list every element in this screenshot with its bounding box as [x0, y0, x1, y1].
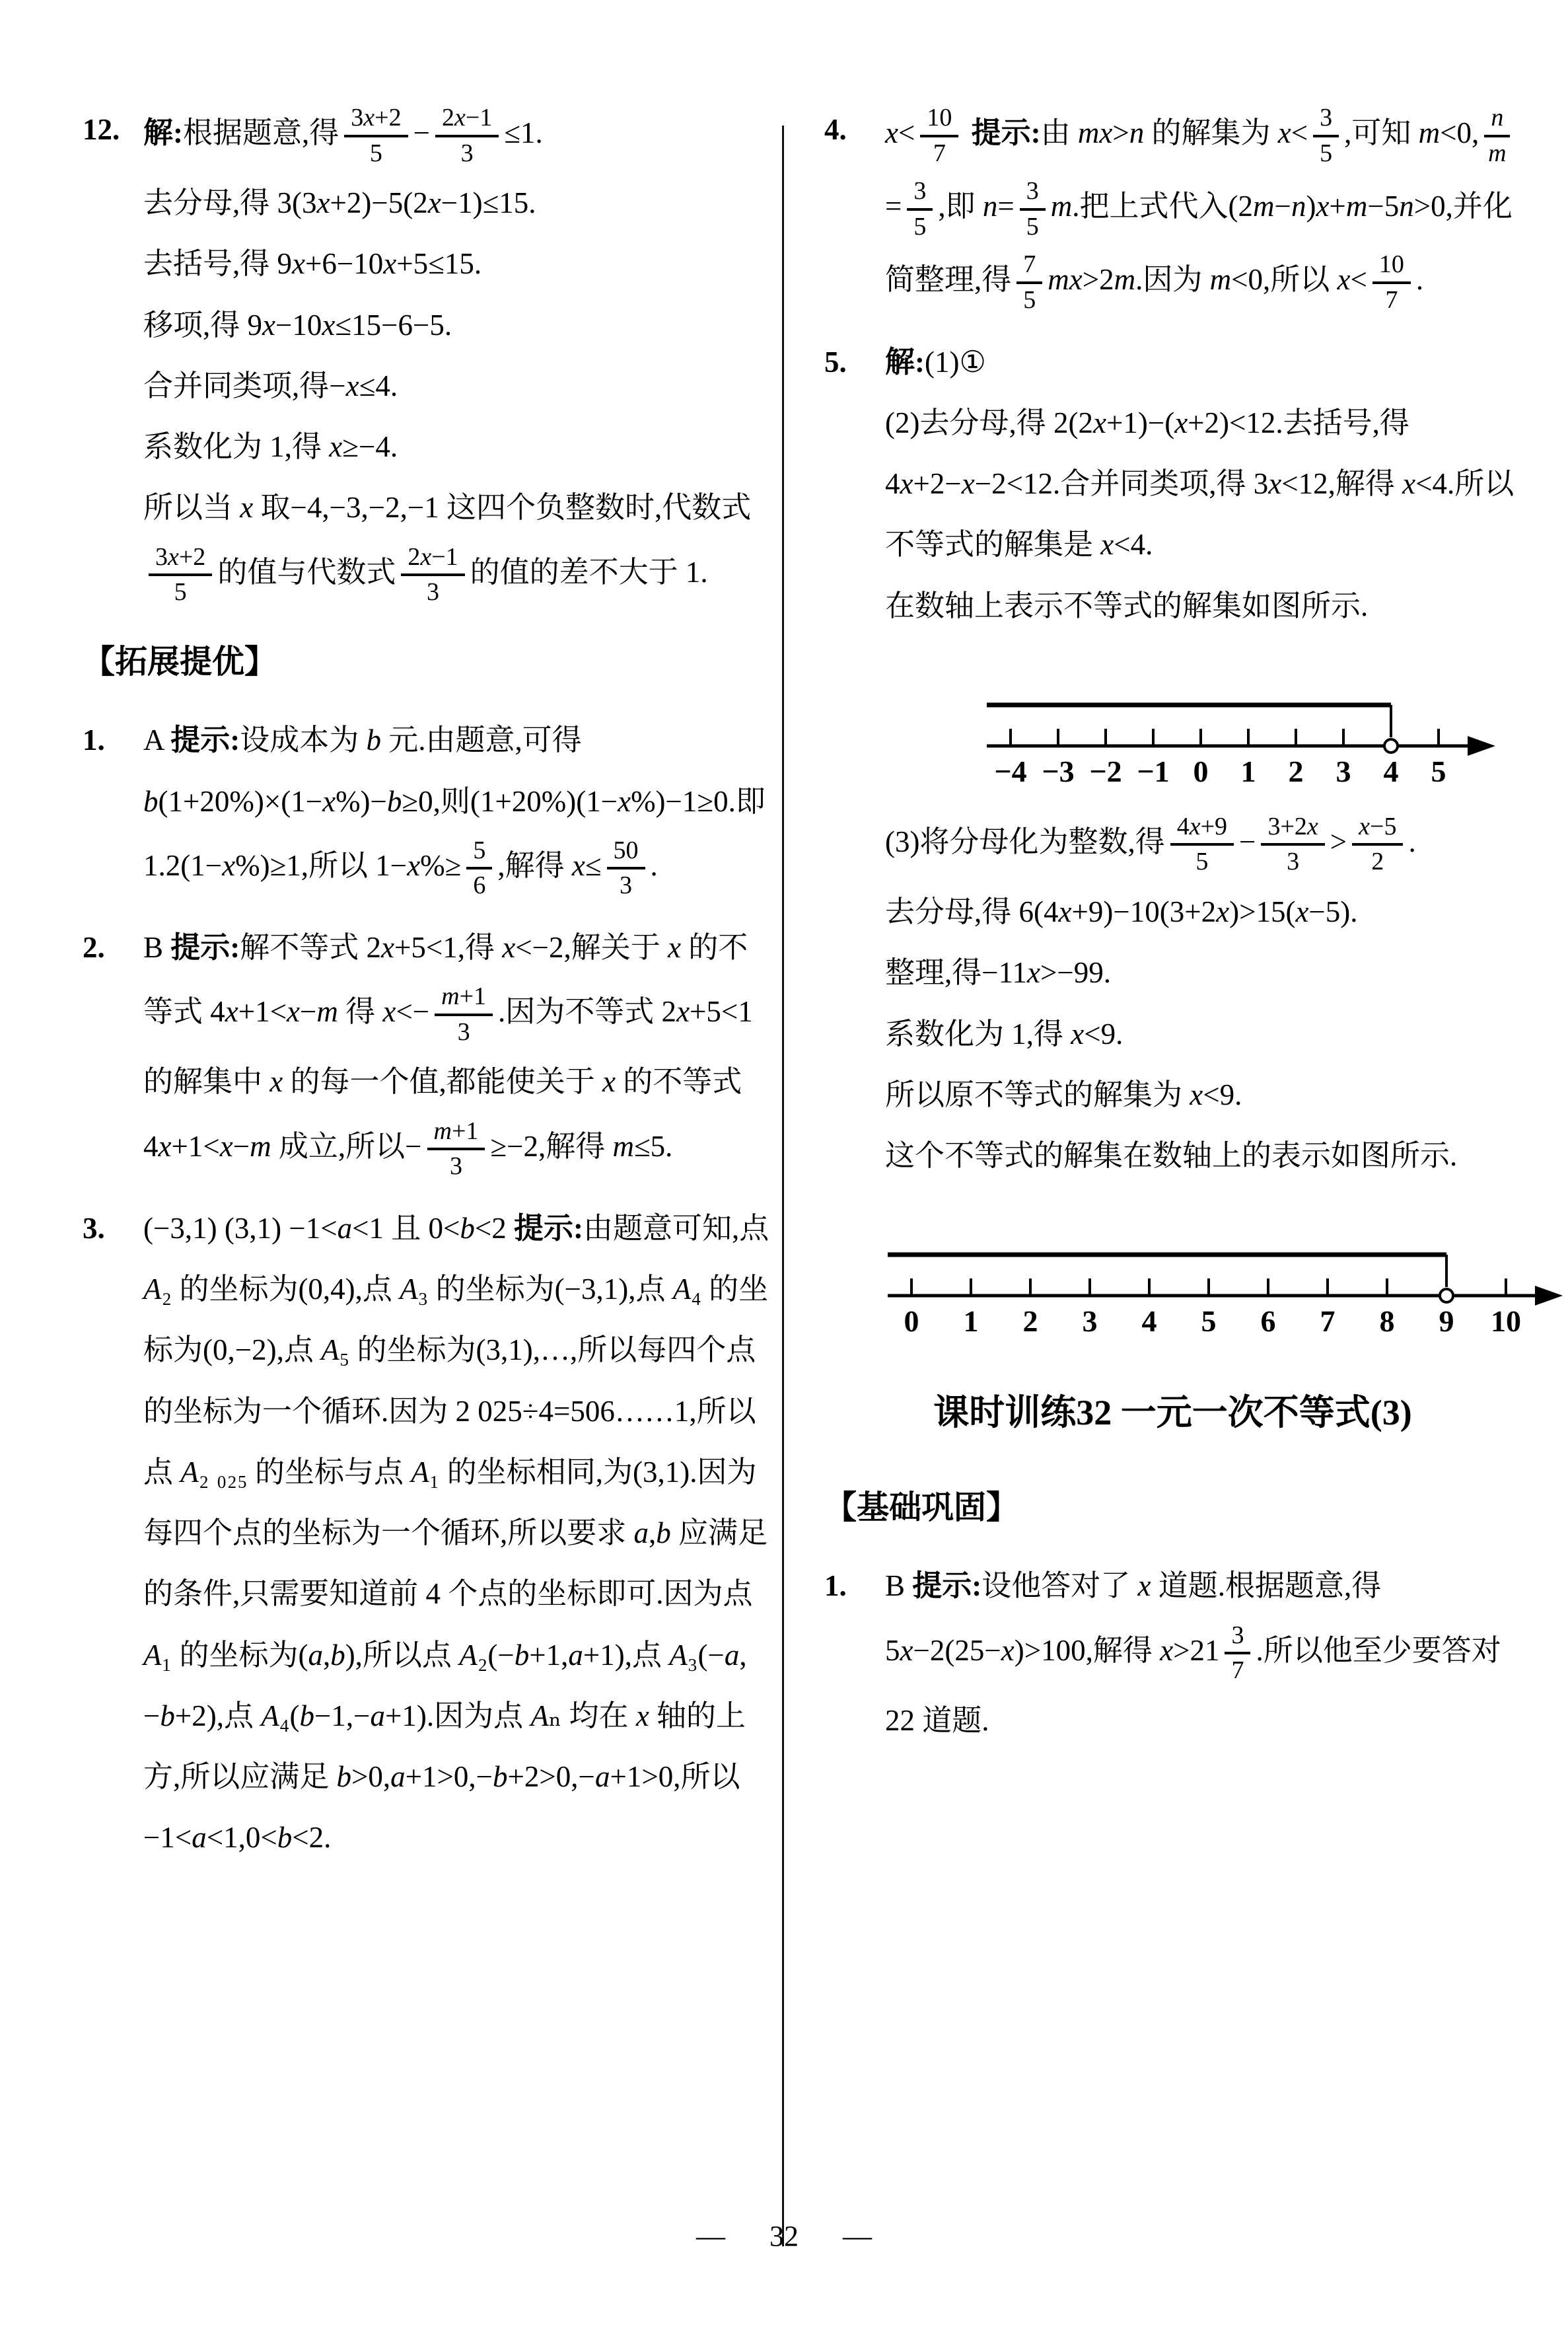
svg-text:5: 5 [1201, 1304, 1217, 1338]
solution-line: 系数化为 1,得 x≥−4. [143, 416, 769, 477]
svg-text:1: 1 [964, 1304, 979, 1338]
solution-item-12: 12. 解:根据题意,得3x+25−2x−13≤1. 去分母,得 3(3x+2)… [83, 99, 769, 612]
solution-line: 整理,得−11x>−99. [885, 942, 1521, 1003]
answer-line: B 提示:解不等式 2x+5<1,得 x<−2,解关于 x 的不等式 4x+1<… [143, 917, 769, 1186]
textbook-answer-page: 12. 解:根据题意,得3x+25−2x−13≤1. 去分母,得 3(3x+2)… [0, 0, 1568, 2325]
svg-text:6: 6 [1261, 1304, 1276, 1338]
svg-text:−4: −4 [994, 755, 1026, 788]
item-number: 1. [824, 1555, 847, 1616]
svg-text:−1: −1 [1137, 755, 1169, 788]
svg-text:9: 9 [1439, 1304, 1454, 1338]
answer-item-1b: 1. B 提示:设他答对了 x 道题.根据题意,得 5x−2(25−x)>100… [824, 1555, 1521, 1751]
right-column: 4. x<107 提示:由 mx>n 的解集为 x<35,可知 m<0,nm=3… [824, 99, 1521, 1763]
answer-line: (−3,1) (3,1) −1<a<1 且 0<b<2 提示:由题意可知,点 A… [143, 1198, 769, 1868]
svg-text:4: 4 [1142, 1304, 1157, 1338]
svg-text:10: 10 [1491, 1304, 1521, 1338]
section-header-expand: 【拓展提优】 [83, 629, 769, 695]
answer-line: x<107 提示:由 mx>n 的解集为 x<35,可知 m<0,nm=35,即… [885, 99, 1521, 320]
page-number: — 32 — [0, 2207, 1568, 2266]
item-body: B 提示:设他答对了 x 道题.根据题意,得 5x−2(25−x)>100,解得… [885, 1555, 1521, 1751]
column-divider [782, 126, 784, 2246]
solution-line: (3)将分母化为整数,得4x+95−3+2x3>x−52. [885, 808, 1521, 881]
item-body: x<107 提示:由 mx>n 的解集为 x<35,可知 m<0,nm=35,即… [885, 99, 1521, 320]
svg-text:−3: −3 [1042, 755, 1074, 788]
svg-text:2: 2 [1023, 1304, 1038, 1338]
svg-text:0: 0 [904, 1304, 919, 1338]
left-column: 12. 解:根据题意,得3x+25−2x−13≤1. 去分母,得 3(3x+2)… [83, 99, 769, 1880]
item-number: 5. [824, 332, 847, 392]
solution-line: 这个不等式的解集在数轴上的表示如图所示. [885, 1125, 1521, 1186]
answer-line: B 提示:设他答对了 x 道题.根据题意,得 5x−2(25−x)>100,解得… [885, 1555, 1521, 1751]
solution-line: 去分母,得 3(3x+2)−5(2x−1)≤15. [143, 172, 769, 233]
svg-text:−2: −2 [1089, 755, 1122, 788]
answer-item-1: 1. A 提示:设成本为 b 元.由题意,可得 b(1+20%)×(1−x%)−… [83, 710, 769, 905]
solution-line: 解:根据题意,得3x+25−2x−13≤1. [143, 99, 769, 172]
answer-item-3: 3. (−3,1) (3,1) −1<a<1 且 0<b<2 提示:由题意可知,… [83, 1198, 769, 1868]
solution-line: 移项,得 9x−10x≤15−6−5. [143, 295, 769, 355]
numberline-figure-1: −4−3−2−1012345 [984, 648, 1521, 792]
svg-text:1: 1 [1241, 755, 1256, 788]
svg-text:8: 8 [1380, 1304, 1395, 1338]
item-body: 解:根据题意,得3x+25−2x−13≤1. 去分母,得 3(3x+2)−5(2… [143, 99, 769, 612]
svg-text:3: 3 [1336, 755, 1351, 788]
item-body: 解:(1)① (2)去分母,得 2(2x+1)−(x+2)<12.去括号,得 4… [885, 332, 1521, 1343]
item-number: 1. [83, 710, 105, 770]
solution-line: (2)去分母,得 2(2x+1)−(x+2)<12.去括号,得 4x+2−x−2… [885, 392, 1521, 575]
svg-text:5: 5 [1431, 755, 1446, 788]
item-body: B 提示:解不等式 2x+5<1,得 x<−2,解关于 x 的不等式 4x+1<… [143, 917, 769, 1186]
item-number: 2. [83, 917, 105, 978]
solution-line: 系数化为 1,得 x<9. [885, 1004, 1521, 1064]
solution-line: 在数轴上表示不等式的解集如图所示. [885, 575, 1521, 636]
solution-line: 去分母,得 6(4x+9)−10(3+2x)>15(x−5). [885, 881, 1521, 942]
answer-item-2: 2. B 提示:解不等式 2x+5<1,得 x<−2,解关于 x 的不等式 4x… [83, 917, 769, 1186]
item-body: (−3,1) (3,1) −1<a<1 且 0<b<2 提示:由题意可知,点 A… [143, 1198, 769, 1868]
lesson-title: 课时训练32 一元一次不等式(3) [824, 1388, 1521, 1438]
item-number: 12. [83, 99, 120, 160]
svg-text:3: 3 [1083, 1304, 1098, 1338]
svg-text:4: 4 [1384, 755, 1399, 788]
solution-line: 所以原不等式的解集为 x<9. [885, 1064, 1521, 1125]
section-header-basics: 【基础巩固】 [824, 1475, 1521, 1541]
numberline-figure-2: 012345678910 [885, 1198, 1521, 1342]
solution-line: 合并同类项,得−x≤4. [143, 355, 769, 416]
svg-text:7: 7 [1320, 1304, 1336, 1338]
solution-line: 解:(1)① [885, 332, 1521, 392]
answer-line: A 提示:设成本为 b 元.由题意,可得 b(1+20%)×(1−x%)−b≥0… [143, 710, 769, 905]
item-number: 4. [824, 99, 847, 160]
answer-item-4: 4. x<107 提示:由 mx>n 的解集为 x<35,可知 m<0,nm=3… [824, 99, 1521, 320]
item-number: 3. [83, 1198, 105, 1259]
solution-line: 去括号,得 9x+6−10x+5≤15. [143, 233, 769, 294]
solution-item-5: 5. 解:(1)① (2)去分母,得 2(2x+1)−(x+2)<12.去括号,… [824, 332, 1521, 1343]
svg-text:2: 2 [1289, 755, 1304, 788]
solution-line: 所以当 x 取−4,−3,−2,−1 这四个负整数时,代数式3x+25的值与代数… [143, 477, 769, 611]
svg-text:0: 0 [1194, 755, 1209, 788]
item-body: A 提示:设成本为 b 元.由题意,可得 b(1+20%)×(1−x%)−b≥0… [143, 710, 769, 905]
